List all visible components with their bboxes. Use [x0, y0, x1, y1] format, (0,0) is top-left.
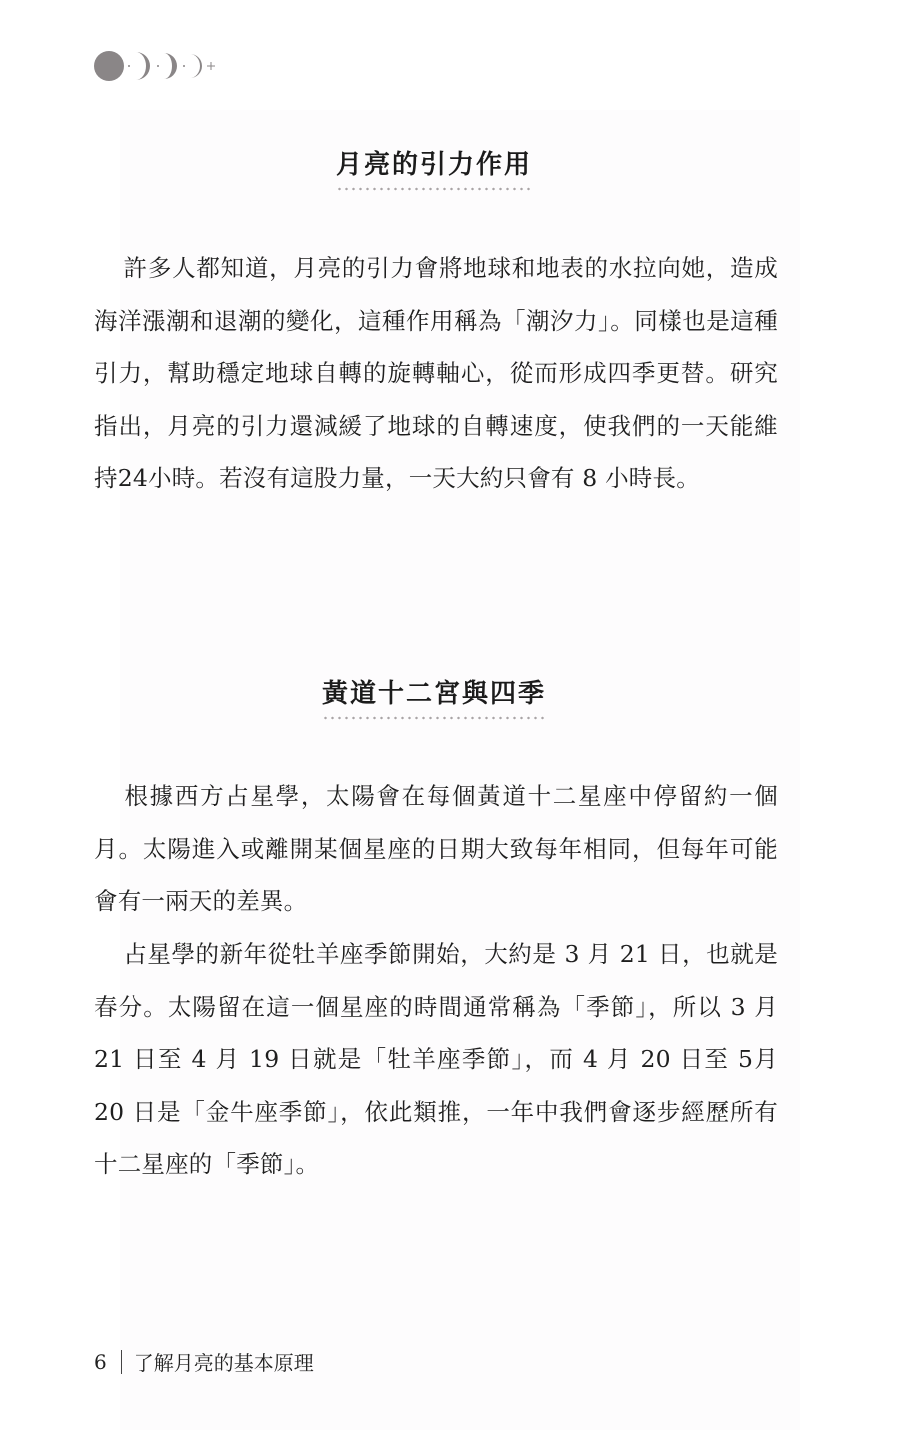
- page-footer: 6 了解月亮的基本原理: [94, 1347, 314, 1376]
- paragraph-text: 許多人都知道，月亮的引力會將地球和地表的水拉向她，造成海洋漲潮和退潮的變化，這種…: [94, 254, 778, 492]
- waning-gibbous-icon: [136, 52, 150, 80]
- waning-crescent-icon: [164, 53, 177, 79]
- heading-text: 月亮的引力作用: [336, 144, 532, 191]
- paragraph-astrological-new-year: 占星學的新年從牡羊座季節開始，大約是 3 月 21 日，也就是春分。太陽留在這一…: [94, 928, 778, 1191]
- paragraph-zodiac-intro: 根據西方占星學，太陽會在每個黃道十二星座中停留約一個月。太陽進入或離開某個星座的…: [94, 770, 778, 928]
- moon-phase-ornament: [94, 50, 219, 82]
- footer-divider: [121, 1350, 122, 1374]
- star-icon: [207, 62, 215, 70]
- page-number: 6: [94, 1350, 107, 1374]
- full-moon-icon: [94, 51, 124, 81]
- paragraph-text: 占星學的新年從牡羊座季節開始，大約是 3 月 21 日，也就是春分。太陽留在這一…: [94, 940, 778, 1178]
- heading-text: 黃道十二宮與四季: [322, 673, 546, 720]
- section-heading-lunar-gravity: 月亮的引力作用: [0, 144, 868, 191]
- section-heading-zodiac-seasons: 黃道十二宮與四季: [0, 673, 868, 720]
- moon-phases-icon: [94, 50, 219, 82]
- paragraph-lunar-gravity: 許多人都知道，月亮的引力會將地球和地表的水拉向她，造成海洋漲潮和退潮的變化，這種…: [94, 242, 778, 505]
- chapter-title: 了解月亮的基本原理: [134, 1347, 314, 1376]
- paragraph-text: 根據西方占星學，太陽會在每個黃道十二星座中停留約一個月。太陽進入或離開某個星座的…: [94, 782, 778, 915]
- thin-crescent-icon: [190, 54, 202, 78]
